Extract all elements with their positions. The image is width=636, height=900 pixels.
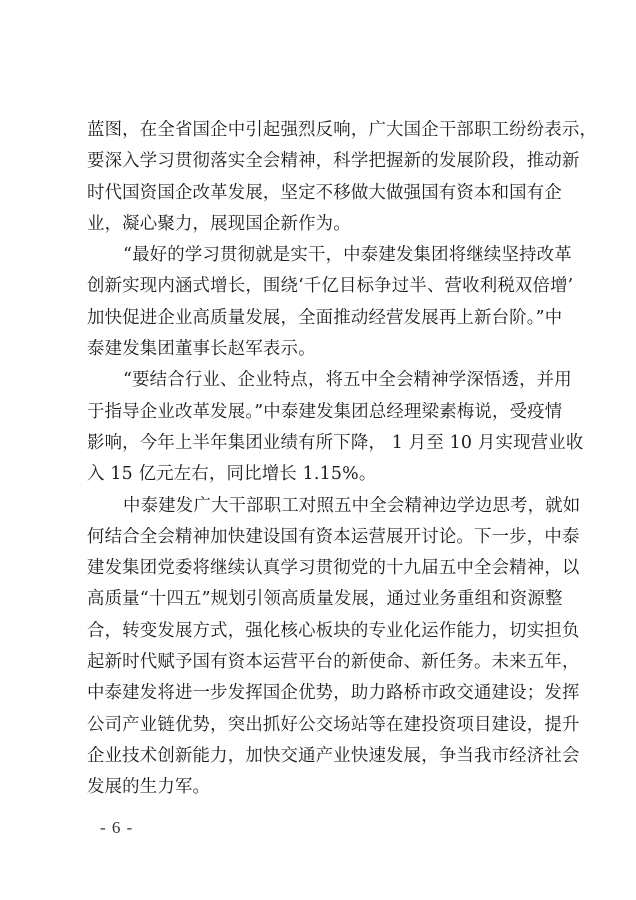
text-line: 起新时代赋予国有资本运营平台的新使命、新任务。未来五年，	[87, 647, 554, 678]
body-text: 蓝图，在全省国企中引起强烈反响，广大国企干部职工纷纷表示， 要深入学习贯彻落实全…	[87, 115, 554, 804]
text-line: 时代国资国企改革发展，坚定不移做大做强国有资本和国有企	[87, 178, 554, 209]
page-number: - 6 -	[100, 818, 133, 838]
text-line: 加快促进企业高质量发展，全面推动经营发展再上新台阶。”中	[87, 303, 554, 334]
paragraph-1: 蓝图，在全省国企中引起强烈反响，广大国企干部职工纷纷表示， 要深入学习贯彻落实全…	[87, 115, 554, 240]
paragraph-3: “要结合行业、企业特点，将五中全会精神学深悟透，并用 于指导企业改革发展。”中泰…	[87, 365, 554, 490]
text-line: “要结合行业、企业特点，将五中全会精神学深悟透，并用	[87, 365, 554, 396]
text-line: 高质量“十四五”规划引领高质量发展，通过业务重组和资源整	[87, 584, 554, 615]
text-line: 公司产业链优势，突出抓好公交场站等在建投资项目建设，提升	[87, 710, 554, 741]
text-line: 发展的生力军。	[87, 772, 554, 803]
text-line: 业，凝心聚力，展现国企新作为。	[87, 209, 554, 240]
text-line: 建发集团党委将继续认真学习贯彻党的十九届五中全会精神，以	[87, 553, 554, 584]
text-line: 合，转变发展方式，强化核心板块的专业化运作能力，切实担负	[87, 616, 554, 647]
paragraph-4: 中泰建发广大干部职工对照五中全会精神边学边思考，就如 何结合全会精神加快建设国有…	[87, 491, 554, 804]
paragraph-2: “最好的学习贯彻就是实干，中泰建发集团将继续坚持改革 创新实现内涵式增长，围绕‘…	[87, 240, 554, 365]
text-line: 入 15 亿元左右，同比增长 1.15%。	[87, 459, 554, 490]
text-line: 蓝图，在全省国企中引起强烈反响，广大国企干部职工纷纷表示，	[87, 115, 554, 146]
text-line: 中泰建发将进一步发挥国企优势，助力路桥市政交通建设；发挥	[87, 678, 554, 709]
text-line: 中泰建发广大干部职工对照五中全会精神边学边思考，就如	[87, 491, 554, 522]
text-line: 创新实现内涵式增长，围绕‘千亿目标争过半、营收利税双倍增’	[87, 271, 554, 302]
text-line: 企业技术创新能力，加快交通产业快速发展，争当我市经济社会	[87, 741, 554, 772]
text-line: 于指导企业改革发展。”中泰建发集团总经理梁素梅说，受疫情	[87, 397, 554, 428]
text-line: “最好的学习贯彻就是实干，中泰建发集团将继续坚持改革	[87, 240, 554, 271]
text-line: 要深入学习贯彻落实全会精神，科学把握新的发展阶段，推动新	[87, 146, 554, 177]
text-line: 影响，今年上半年集团业绩有所下降， 1 月至 10 月实现营业收	[87, 428, 554, 459]
text-line: 何结合全会精神加快建设国有资本运营展开讨论。下一步，中泰	[87, 522, 554, 553]
text-line: 泰建发集团董事长赵军表示。	[87, 334, 554, 365]
document-page: 蓝图，在全省国企中引起强烈反响，广大国企干部职工纷纷表示， 要深入学习贯彻落实全…	[0, 0, 636, 900]
